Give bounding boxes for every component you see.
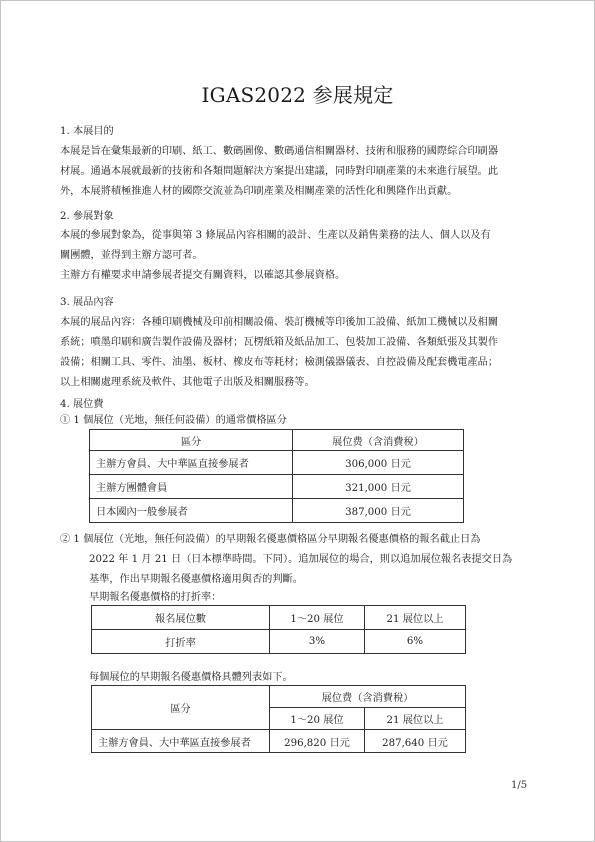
table-cell: 6% xyxy=(365,630,466,654)
section-1-line: 材展。通過本展就最新的技術和各類問題解決方案提出建議，同時對印刷產業的未來進行展… xyxy=(60,162,540,182)
early-price-line: 2022 年 1 月 21 日（日本標準時間。下同）。追加展位的場合，則以追加展… xyxy=(60,550,540,570)
section-3-heading: 3. 展品內容 xyxy=(60,293,114,313)
early-price-line: ② 1 個展位（光地，無任何設備）的早期報名優惠價格區分早期報名優惠價格的報名截… xyxy=(60,530,540,550)
page-number: 1/5 xyxy=(511,780,527,791)
table-header-cell: 1～20 展位 xyxy=(270,606,365,630)
section-2-line: 主辦方有權要求申請參展者提交有關資料，以確認其參展資格。 xyxy=(60,266,540,286)
table-header-cell: 區分 xyxy=(90,430,293,451)
table-cell: 日本國內一般參展者 xyxy=(90,499,293,523)
section-1-heading: 1. 本展目的 xyxy=(60,122,114,142)
regular-price-table: 區分 展位费（含消費稅） 主辦方會員、大中華區直接參展者 306,000 日元 … xyxy=(89,429,464,523)
section-3-body: 本展的展品內容：各種印刷機械及印前相關設備、裝訂機械等印後加工設備、紙加工機械以… xyxy=(60,313,540,393)
table-header-cell: 區分 xyxy=(92,686,270,730)
section-2-line: 本展的參展對象為，從事與第 3 條展品內容相關的設計、生產以及銷售業務的法人、個… xyxy=(60,226,540,246)
section-3-line: 本展的展品內容：各種印刷機械及印前相關設備、裝訂機械等印後加工設備、紙加工機械以… xyxy=(60,313,540,333)
table-header-cell: 21 展位以上 xyxy=(365,606,466,630)
table-header-row: 報名展位數 1～20 展位 21 展位以上 xyxy=(92,606,466,630)
section-3-line: 系統；噴墨印刷和廣告製作設備及器材；瓦楞紙箱及紙品加工、包裝加工設備、各類紙張及… xyxy=(60,333,540,353)
section-2-line: 關團體，並得到主辦方認可者。 xyxy=(60,246,540,266)
table-header-row: 區分 展位费（含消費稅） xyxy=(92,686,466,708)
table-header-cell: 展位费（含消費稅） xyxy=(270,686,466,708)
early-price-body: ② 1 個展位（光地，無任何設備）的早期報名優惠價格區分早期報名優惠價格的報名截… xyxy=(60,530,540,590)
table-row: 打折率 3% 6% xyxy=(92,630,466,654)
discount-table: 報名展位數 1～20 展位 21 展位以上 打折率 3% 6% xyxy=(91,605,466,654)
document-title: IGAS2022 参展規定 xyxy=(1,79,594,108)
table-cell: 321,000 日元 xyxy=(293,475,464,499)
table-cell: 主辦方會員、大中華區直接參展者 xyxy=(90,451,293,475)
section-3-line: 設備；相關工具、零件、油墨、板材、橡皮布等耗材；檢測儀器儀表、自控設備及配套機電… xyxy=(60,353,540,373)
early-price-line: 基準，作出早期報名優惠價格適用與否的判斷。 xyxy=(60,570,540,590)
document-page: IGAS2022 参展規定 1. 本展目的 本展是旨在彙集最新的印刷、紙工、數碼… xyxy=(0,0,595,842)
table-cell: 306,000 日元 xyxy=(293,451,464,475)
section-1-body: 本展是旨在彙集最新的印刷、紙工、數碼圖像、數碼通信相關器材、技術和服務的國際綜合… xyxy=(60,142,540,202)
section-2-heading: 2. 參展對象 xyxy=(60,207,114,227)
table-header-row: 區分 展位费（含消費稅） xyxy=(90,430,464,451)
section-1-line: 本展是旨在彙集最新的印刷、紙工、數碼圖像、數碼通信相關器材、技術和服務的國際綜合… xyxy=(60,142,540,162)
table-cell: 打折率 xyxy=(92,630,270,654)
section-3-line: 以上相關處理系統及軟件、其他電子出版及相關服務等。 xyxy=(60,373,540,393)
table-cell: 3% xyxy=(270,630,365,654)
section-1-line: 外，本展將積極推進人材的國際交流並為印刷產業及相關產業的活性化和興隆作出貢獻。 xyxy=(60,182,540,202)
table-cell: 主辦方會員、大中華區直接參展者 xyxy=(92,730,270,753)
table-cell: 287,640 日元 xyxy=(365,730,466,753)
table-cell: 主辦方團體會員 xyxy=(90,475,293,499)
table-row: 主辦方會員、大中華區直接參展者 306,000 日元 xyxy=(90,451,464,475)
early-price-table: 區分 展位费（含消費稅） 1～20 展位 21 展位以上 主辦方會員、大中華區直… xyxy=(91,685,466,753)
table-header-cell: 1～20 展位 xyxy=(270,708,365,730)
section-2-body: 本展的參展對象為，從事與第 3 條展品內容相關的設計、生產以及銷售業務的法人、個… xyxy=(60,226,540,286)
table-cell: 387,000 日元 xyxy=(293,499,464,523)
table-header-cell: 報名展位數 xyxy=(92,606,270,630)
table-row: 主辦方會員、大中華區直接參展者 296,820 日元 287,640 日元 xyxy=(92,730,466,753)
table-header-cell: 21 展位以上 xyxy=(365,708,466,730)
table-row: 日本國內一般參展者 387,000 日元 xyxy=(90,499,464,523)
table-header-cell: 展位费（含消費稅） xyxy=(293,430,464,451)
table-cell: 296,820 日元 xyxy=(270,730,365,753)
regular-price-label: ① 1 個展位（光地，無任何設備）的通常價格區分 xyxy=(60,411,287,431)
table-row: 主辦方團體會員 321,000 日元 xyxy=(90,475,464,499)
